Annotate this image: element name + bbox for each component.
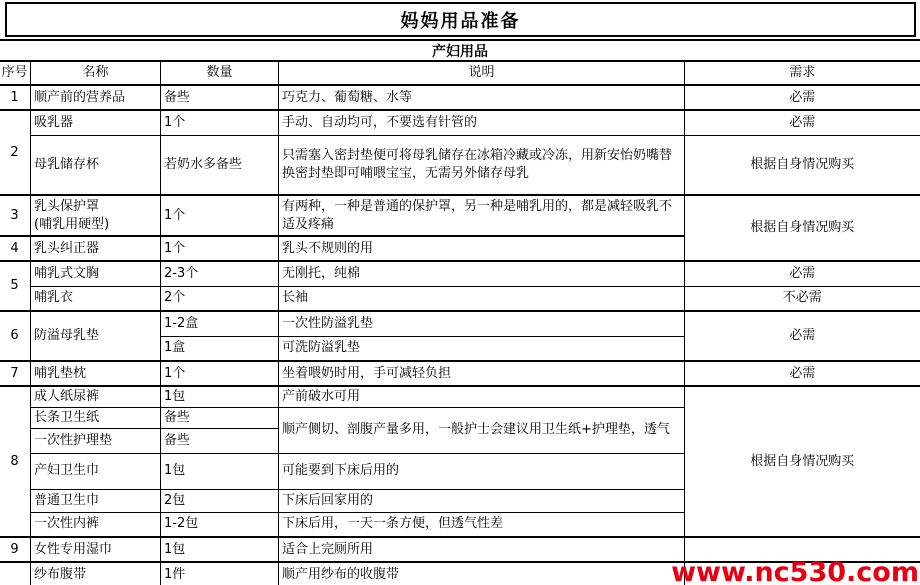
column-header-name: 名称 xyxy=(31,61,161,85)
item-description: 有两种，一种是普通的保护罩，另一种是哺乳用的，都是减轻吸乳不适及疼痛 xyxy=(279,195,685,236)
item-quantity: 1盒 xyxy=(161,336,279,361)
item-name: 一次性内裤 xyxy=(31,512,161,537)
item-quantity: 1个 xyxy=(161,236,279,261)
watermark-text: www.nc530.com xyxy=(671,557,919,585)
item-description: 可洗防溢乳垫 xyxy=(279,336,685,361)
item-name: 哺乳衣 xyxy=(31,286,161,311)
item-name: 纱布腹带 xyxy=(31,562,161,585)
row-number: 4 xyxy=(0,236,31,261)
section-title: 产妇用品 xyxy=(0,41,920,60)
item-description: 只需塞入密封垫便可将母乳储存在冰箱冷藏或冷冻，用新安怡奶嘴替换密封垫即可哺喂宝宝… xyxy=(279,135,685,195)
item-name: 顺产前的营养品 xyxy=(31,85,161,110)
item-name: 成人纸尿裤 xyxy=(31,386,161,407)
item-requirement: 根据自身情况购买 xyxy=(685,386,920,537)
section-title-text: 产妇用品 xyxy=(432,41,488,61)
table-row: 6 防溢母乳垫 1-2盒 一次性防溢乳垫 必需 xyxy=(0,311,920,336)
item-quantity: 1包 xyxy=(161,537,279,562)
table-row: 5 哺乳式文胸 2-3个 无刚托，纯棉 必需 xyxy=(0,261,920,286)
column-header-requirement: 需求 xyxy=(685,61,920,85)
item-quantity: 1个 xyxy=(161,110,279,135)
item-requirement: 必需 xyxy=(685,361,920,386)
item-name: 乳头纠正器 xyxy=(31,236,161,261)
item-description: 产前破水可用 xyxy=(279,386,685,407)
item-quantity: 1包 xyxy=(161,453,279,489)
item-name: 产妇卫生巾 xyxy=(31,453,161,489)
header-row: 序号 名称 数量 说明 需求 xyxy=(0,61,920,85)
table-row: 1 顺产前的营养品 备些 巧克力、葡萄糖、水等 必需 xyxy=(0,85,920,110)
item-requirement: 必需 xyxy=(685,110,920,135)
table-row: 3 乳头保护罩 (哺乳用硬型) 1个 有两种，一种是普通的保护罩，另一种是哺乳用… xyxy=(0,195,920,236)
item-quantity: 备些 xyxy=(161,428,279,453)
page-title-text: 妈妈用品准备 xyxy=(401,7,521,33)
item-requirement: 必需 xyxy=(685,85,920,110)
item-quantity: 1-2包 xyxy=(161,512,279,537)
row-number: 6 xyxy=(0,311,31,361)
row-number: 9 xyxy=(0,537,31,562)
item-name: 哺乳垫枕 xyxy=(31,361,161,386)
item-quantity: 1个 xyxy=(161,195,279,236)
column-header-quantity: 数量 xyxy=(161,61,279,85)
item-quantity: 2个 xyxy=(161,286,279,311)
item-description: 无刚托，纯棉 xyxy=(279,261,685,286)
item-quantity: 2-3个 xyxy=(161,261,279,286)
item-requirement: 根据自身情况购买 xyxy=(685,135,920,195)
item-name: 普通卫生巾 xyxy=(31,489,161,512)
item-name: 乳头保护罩 (哺乳用硬型) xyxy=(31,195,161,236)
row-number: 8 xyxy=(0,386,31,537)
item-description: 下床后用，一天一条方便，但透气性差 xyxy=(279,512,685,537)
item-description: 可能要到下床后用的 xyxy=(279,453,685,489)
item-description: 适合上完厕所用 xyxy=(279,537,685,562)
item-name: 长条卫生纸 xyxy=(31,407,161,428)
item-requirement: 不必需 xyxy=(685,286,920,311)
item-name: 一次性护理垫 xyxy=(31,428,161,453)
item-requirement: 必需 xyxy=(685,311,920,361)
item-quantity: 备些 xyxy=(161,85,279,110)
item-description: 顺产侧切、剖腹产量多用，一般护士会建议用卫生纸+护理垫，透气 xyxy=(279,407,685,453)
item-requirement: 根据自身情况购买 xyxy=(685,195,920,261)
item-name: 母乳储存杯 xyxy=(31,135,161,195)
item-quantity: 1包 xyxy=(161,386,279,407)
item-description: 下床后回家用的 xyxy=(279,489,685,512)
item-quantity: 若奶水多备些 xyxy=(161,135,279,195)
item-description: 手动、自动均可，不要选有针管的 xyxy=(279,110,685,135)
table-row: 2 吸乳器 1个 手动、自动均可，不要选有针管的 必需 xyxy=(0,110,920,135)
row-number: 5 xyxy=(0,261,31,311)
table-row: 哺乳衣 2个 长袖 不必需 xyxy=(0,286,920,311)
item-quantity: 1个 xyxy=(161,361,279,386)
item-description: 一次性防溢乳垫 xyxy=(279,311,685,336)
item-quantity: 1件 xyxy=(161,562,279,585)
page-title: 妈妈用品准备 xyxy=(5,2,916,37)
item-description: 巧克力、葡萄糖、水等 xyxy=(279,85,685,110)
item-description: 坐着喂奶时用，手可减轻负担 xyxy=(279,361,685,386)
column-header-index: 序号 xyxy=(0,61,31,85)
table-row: 8 成人纸尿裤 1包 产前破水可用 根据自身情况购买 xyxy=(0,386,920,407)
item-quantity: 1-2盒 xyxy=(161,311,279,336)
item-name: 吸乳器 xyxy=(31,110,161,135)
column-header-description: 说明 xyxy=(279,61,685,85)
row-number: 2 xyxy=(0,110,31,195)
item-description: 长袖 xyxy=(279,286,685,311)
table-row: 7 哺乳垫枕 1个 坐着喂奶时用，手可减轻负担 必需 xyxy=(0,361,920,386)
item-description: 顺产用纱布的收腹带 xyxy=(279,562,685,585)
table-row: 母乳储存杯 若奶水多备些 只需塞入密封垫便可将母乳储存在冰箱冷藏或冷冻，用新安怡… xyxy=(0,135,920,195)
item-quantity: 2包 xyxy=(161,489,279,512)
item-quantity: 备些 xyxy=(161,407,279,428)
row-number xyxy=(0,562,31,585)
row-number: 7 xyxy=(0,361,31,386)
item-requirement: 必需 xyxy=(685,261,920,286)
row-number: 3 xyxy=(0,195,31,236)
item-name: 哺乳式文胸 xyxy=(31,261,161,286)
item-description: 乳头不规则的用 xyxy=(279,236,685,261)
item-name: 女性专用湿巾 xyxy=(31,537,161,562)
item-name: 防溢母乳垫 xyxy=(31,311,161,361)
row-number: 1 xyxy=(0,85,31,110)
supplies-table: 序号 名称 数量 说明 需求 1 顺产前的营养品 备些 巧克力、葡萄糖、水等 必… xyxy=(0,60,920,585)
